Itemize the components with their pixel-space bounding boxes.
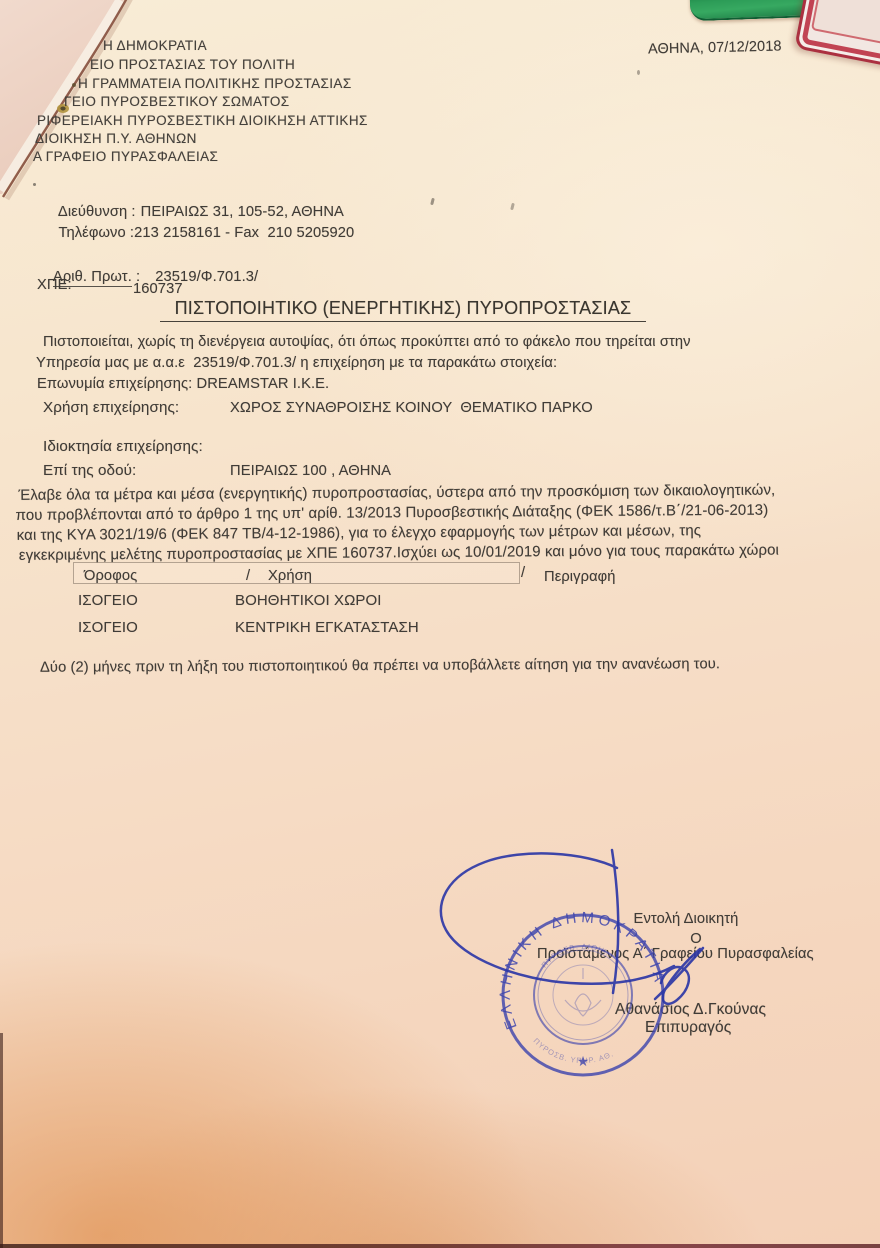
red-notebook-inner — [811, 0, 880, 51]
letterhead-line: Η ΔΗΜΟΚΡΑΤΙΑ — [103, 38, 207, 53]
paper-speck — [72, 83, 76, 87]
scanned-fire-protection-certificate: Η ΔΗΜΟΚΡΑΤΙΑ ΕΙΟ ΠΡΟΣΤΑΣΙΑΣ ΤΟΥ ΠΟΛΙΤΗ Η… — [0, 0, 880, 1248]
signer-rank: Επιπυραγός — [645, 1019, 731, 1037]
body-line: εγκεκριμένης μελέτης πυροπροστασίας με Χ… — [19, 542, 779, 564]
signer-article: Ο — [556, 931, 836, 947]
letterhead-line: Η ΓΡΑΜΜΑΤΕΙΑ ΠΟΛΙΤΙΚΗΣ ΠΡΟΣΤΑΣΙΑΣ — [78, 76, 352, 91]
table-row-floor: ΙΣΟΓΕΙΟ — [78, 619, 138, 636]
table-row-use: ΚΕΝΤΡΙΚΗ ΕΓΚΑΤΑΣΤΑΣΗ — [235, 619, 419, 636]
document-title: ΠΙΣΤΟΠΟΙΗΤΙΚΟ (ΕΝΕΡΓΗΤΙΚΗΣ) ΠΥΡΟΠΡΟΣΤΑΣΙ… — [160, 298, 646, 322]
letterhead-line: ΔΙΟΙΚΗΣΗ Π.Υ. ΑΘΗΝΩΝ — [35, 131, 197, 146]
letterhead-line: Α ΓΡΑΦΕΙΟ ΠΥΡΑΣΦΑΛΕΙΑΣ — [33, 149, 218, 164]
authority-order: Εντολή Διοικητή — [556, 911, 816, 927]
scan-edge-bottom — [0, 1244, 880, 1248]
pen-tick-mark — [510, 203, 515, 211]
signer-role: Προϊστάμενος Α΄ Γραφείου Πυρασφαλείας — [537, 946, 814, 962]
xpe-label: ΧΠΕ: — [37, 277, 72, 293]
renewal-note: Δύο (2) μήνες πριν τη λήξη του πιστοποιη… — [40, 656, 720, 676]
ownership-label: Ιδιοκτησία επιχείρησης: — [43, 438, 203, 455]
stamp-center-emblem — [565, 968, 601, 1016]
scan-edge-left — [0, 1033, 3, 1248]
usage-value: ΧΩΡΟΣ ΣΥΝΑΘΡΟΙΣΗΣ ΚΟΙΝΟΥ ΘΕΜΑΤΙΚΟ ΠΑΡΚΟ — [230, 400, 593, 416]
body-line: Πιστοποιείται, χωρίς τη διενέργεια αυτοψ… — [43, 334, 691, 350]
usage-label: Χρήση επιχείρησης: — [43, 399, 179, 416]
phone-value: 213 2158161 - Fax 210 5205920 — [134, 225, 354, 241]
stamp-inner-bottom-text: ΠΥΡΟΣΒ. ΥΠΗΡ. ΑΘ. — [532, 1036, 616, 1065]
table-header-separator: / — [246, 568, 250, 584]
pen-tick-mark — [430, 198, 435, 206]
table-header-floor: Όροφος — [84, 568, 137, 584]
table-header-use: Χρήση — [268, 568, 312, 584]
street-label: Επί της οδού: — [43, 462, 136, 479]
red-notebook-band — [801, 0, 880, 67]
body-line: Έλαβε όλα τα μέτρα και μέσα (ενεργητικής… — [18, 482, 775, 504]
phone-line: Τηλέφωνο :213 2158161 - Fax 210 5205920 — [42, 209, 354, 257]
red-notebook-edge — [794, 0, 880, 74]
paper-speck — [33, 183, 36, 186]
table-row-floor: ΙΣΟΓΕΙΟ — [78, 592, 138, 609]
street-value: ΠΕΙΡΑΙΩΣ 100 , ΑΘΗΝΑ — [230, 463, 391, 479]
body-line: που προβλέπονται από το άρθρο 1 της υπ' … — [16, 502, 769, 524]
letterhead-line: ΕΙΟ ΠΡΟΣΤΑΣΙΑΣ ΤΟΥ ΠΟΛΙΤΗ — [90, 57, 295, 72]
table-row-use: ΒΟΗΘΗΤΙΚΟΙ ΧΩΡΟΙ — [235, 592, 382, 609]
body-line: Υπηρεσία μας με α.α.ε 23519/Φ.701.3/ η ε… — [36, 355, 557, 371]
table-header-description: Περιγραφή — [544, 569, 616, 585]
round-stamp-and-pen-signature: ΕΛΛΗΝΙΚΗ ΔΗΜΟΚΡΑΤΙΑ ΠΥΡΟΣΒ. ΔΙΟΙΚ. ΠΥΡΟΣ… — [415, 835, 835, 1090]
letterhead-line: ΡΙΦΕΡΕΙΑΚΗ ΠΥΡΟΣΒΕΣΤΙΚΗ ΔΙΟΙΚΗΣΗ ΑΤΤΙΚΗΣ — [37, 113, 368, 128]
business-name-line: Επωνυμία επιχείρησης: DREAMSTAR I.K.E. — [37, 376, 329, 392]
stamp-star-icon: ★ — [577, 1053, 590, 1069]
paper-speck — [637, 70, 640, 75]
letterhead-line: ΓΕΙΟ ΠΥΡΟΣΒΕΣΤΙΚΟΥ ΣΩΜΑΤΟΣ — [64, 94, 290, 109]
issue-date: ΑΘΗΝΑ, 07/12/2018 — [648, 38, 782, 57]
table-header-separator: / — [521, 565, 525, 581]
signer-name: Αθανάσιος Δ.Γκούνας — [615, 1001, 766, 1019]
phone-label: Τηλέφωνο : — [58, 225, 134, 241]
body-line: και της ΚΥΑ 3021/19/6 (ΦΕΚ 847 ΤΒ/4-12-1… — [17, 522, 701, 544]
xpe-value: 160737 — [133, 281, 183, 297]
